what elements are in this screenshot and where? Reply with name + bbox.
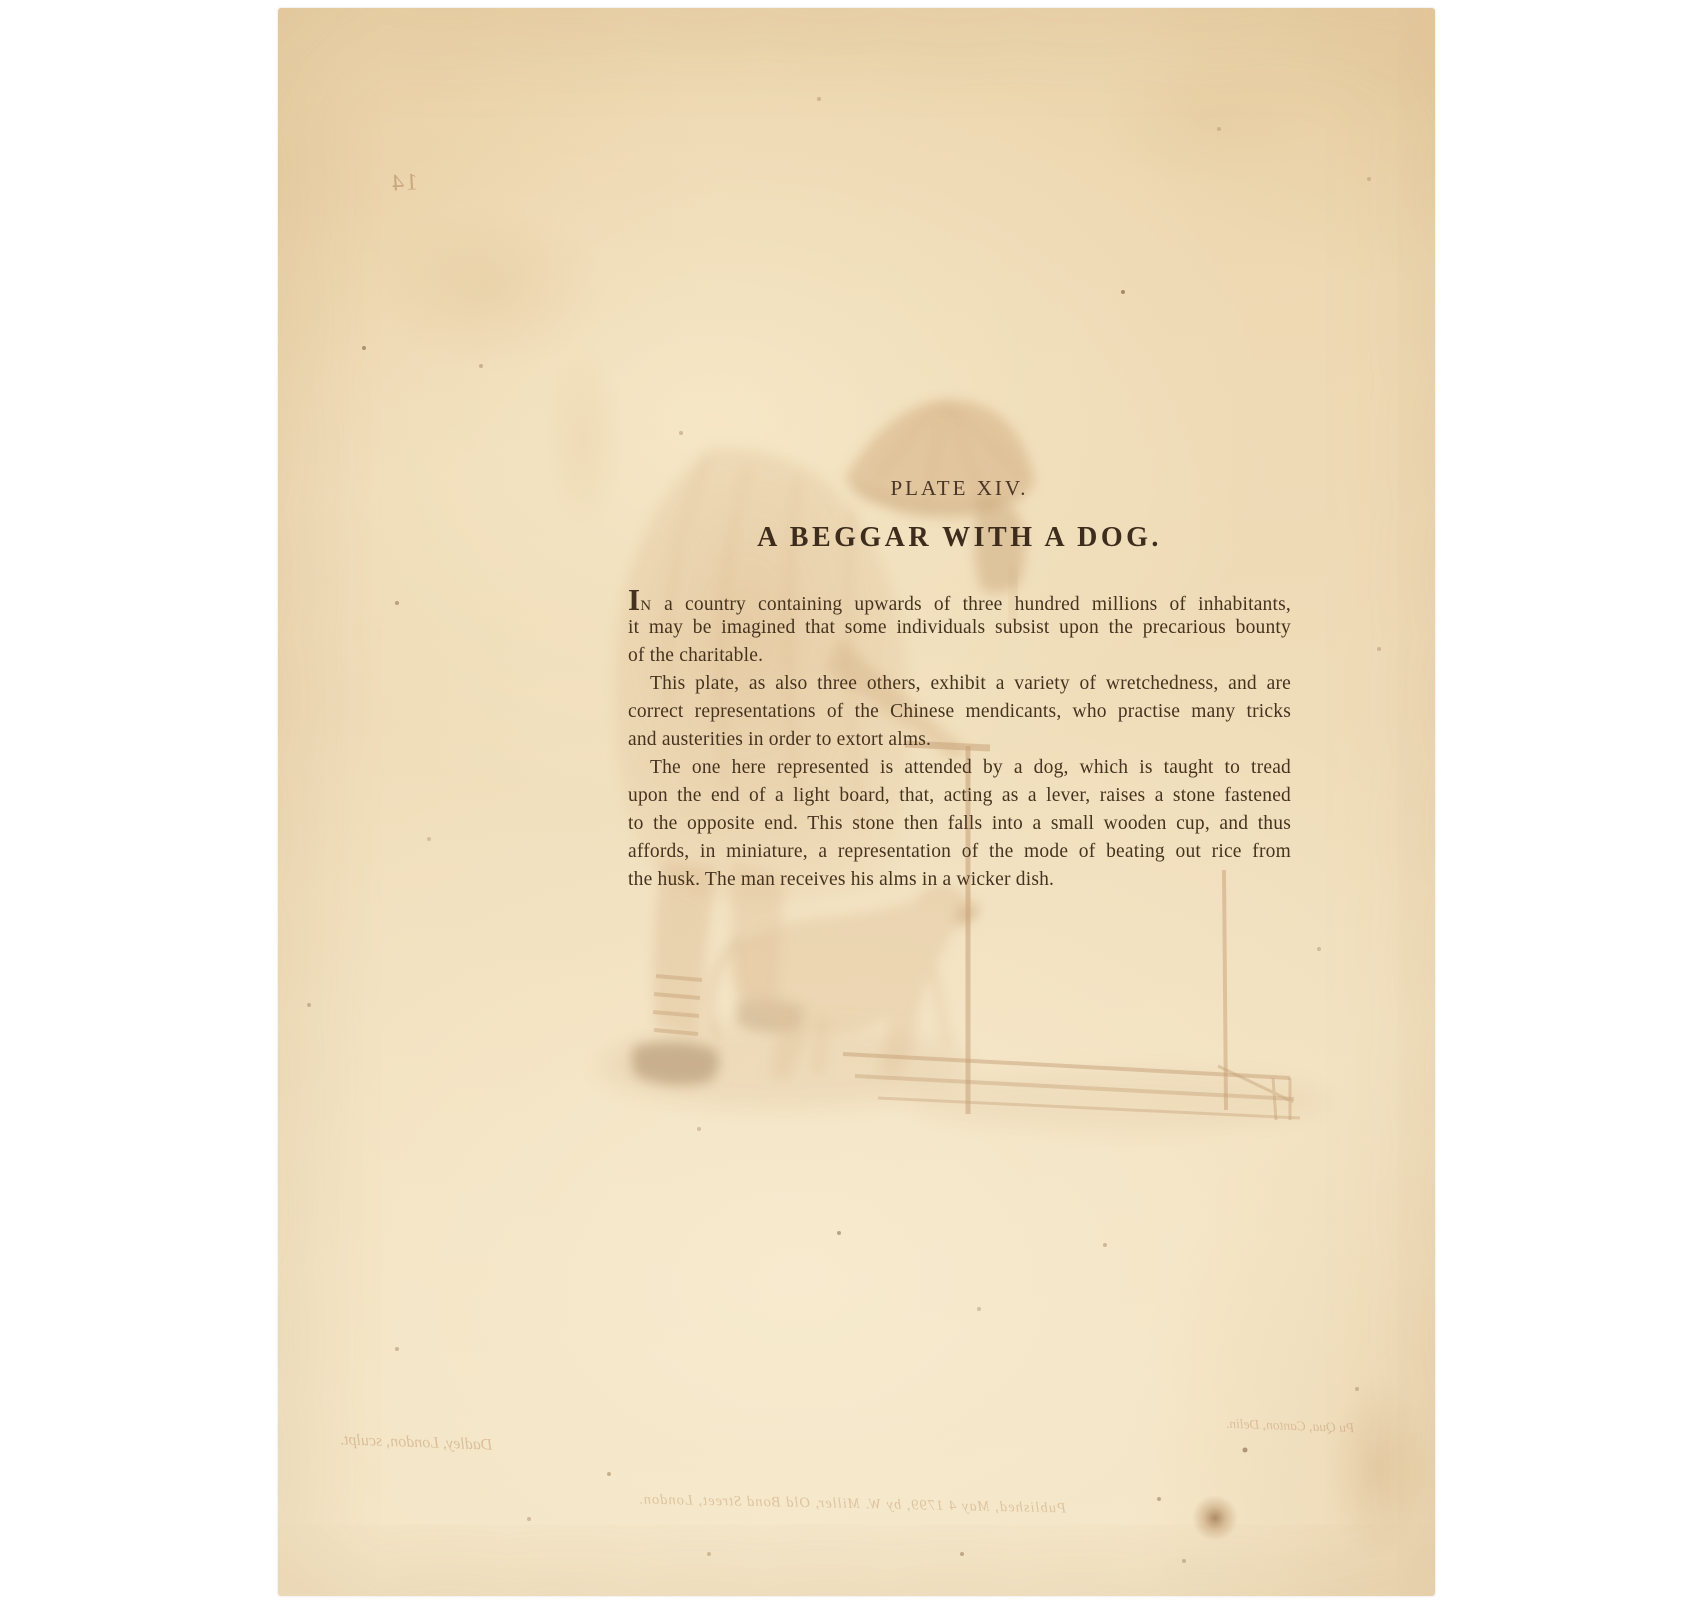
paragraph: IN a country containing upwards of three… [628,586,1291,670]
paragraph: This plate, as also three others, exhibi… [628,670,1291,754]
page-heading: PLATE XIV. A BEGGAR WITH A DOG. [628,476,1291,554]
body-line: affords, in miniature, a representation … [628,838,1291,866]
scan-background: { "heading": { "plate": "PLATE XIV.", "t… [0,0,1700,1600]
body-line: upon the end of a light board, that, act… [628,782,1291,810]
body-line: to the opposite end. This stone then fal… [628,810,1291,838]
paragraph: The one here represented is attended by … [628,754,1291,894]
body-text: IN a country containing upwards of three… [628,586,1291,894]
lead-initial: I [628,582,640,617]
body-line: The one here represented is attended by … [628,754,1291,782]
body-line: IN a country containing upwards of three… [628,586,1291,614]
book-page: 14 Dadley, London, sculpt. Pu Qua, Canto… [278,8,1435,1596]
ghost-plate-number: 14 [389,169,418,197]
plate-label: PLATE XIV. [628,476,1291,501]
body-line: it may be imagined that some individuals… [628,614,1291,642]
lead-small-cap: N [640,598,652,614]
body-line: This plate, as also three others, exhibi… [628,670,1291,698]
page-title: A BEGGAR WITH A DOG. [628,522,1291,554]
body-line: correct representations of the Chinese m… [628,698,1291,726]
